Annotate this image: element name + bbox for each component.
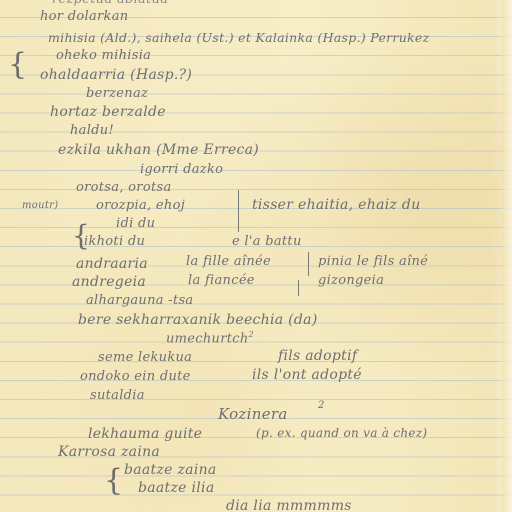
note-line: mihisia (Ald.), saihela (Ust.) et Kalain…	[48, 30, 430, 45]
note-line: ohaldaarria (Hasp.?)	[40, 67, 192, 83]
page-edge	[502, 0, 512, 512]
note-line: sutaldia	[90, 388, 145, 403]
note-line: ils l'ont adopté	[252, 367, 362, 383]
note-line: berzenaz	[86, 86, 148, 101]
note-line: ezkila ukhan (Mme Erreca)	[58, 142, 259, 158]
divider-stroke	[308, 252, 309, 276]
note-line: seme lekukua	[98, 350, 192, 365]
note-line: la fille aînée	[186, 254, 271, 269]
note-line: idi du	[116, 216, 155, 231]
note-line: rezpetua abiatua	[52, 0, 168, 7]
divider-stroke	[298, 280, 299, 296]
note-line: tisser ehaitia, ehaiz du	[252, 197, 421, 213]
note-line: pinia le fils aîné	[318, 254, 428, 269]
note-line: hortaz berzalde	[50, 104, 166, 120]
note-line: haldu!	[70, 123, 114, 138]
note-line: baatze ilia	[138, 480, 214, 496]
note-line: igorri dazko	[140, 162, 223, 177]
brace-icon: {	[104, 466, 123, 496]
note-line: orotsa, orotsa	[76, 180, 172, 195]
footnote-marker: 2	[249, 330, 254, 339]
note-line: andregeia	[72, 274, 146, 290]
note-line: ikhoti du	[84, 234, 145, 249]
note-line: dia lia mmmmms	[226, 498, 352, 512]
note-line: alhargauna -tsa	[86, 293, 193, 308]
note-line: oheko mihisia	[56, 48, 151, 63]
brace-icon: {	[8, 50, 27, 80]
note-line: e l'a battu	[232, 234, 302, 249]
note-line: umechurtch2	[166, 330, 254, 346]
footnote-marker: 2	[318, 400, 325, 411]
note-line: orozpia, ehoj	[96, 198, 185, 213]
note-line: la fiancée	[188, 273, 255, 288]
divider-stroke	[238, 190, 239, 232]
note-line: lekhauma guite	[88, 426, 202, 442]
note-line: (p. ex. quand on va à chez)	[256, 426, 427, 440]
note-line: baatze zaina	[124, 462, 217, 478]
note-line: andraaria	[76, 256, 148, 272]
note-line: bere sekharraxanik beechia (da)	[78, 312, 318, 328]
note-line: moutr)	[22, 200, 58, 211]
section-heading: Kozinera	[218, 405, 288, 423]
note-line: ondoko ein dute	[80, 369, 191, 384]
note-line: gizongeia	[318, 273, 384, 288]
note-line: fils adoptif	[278, 348, 357, 364]
note-line: hor dolarkan	[40, 9, 128, 24]
note-line: Karrosa zaina	[58, 444, 160, 460]
